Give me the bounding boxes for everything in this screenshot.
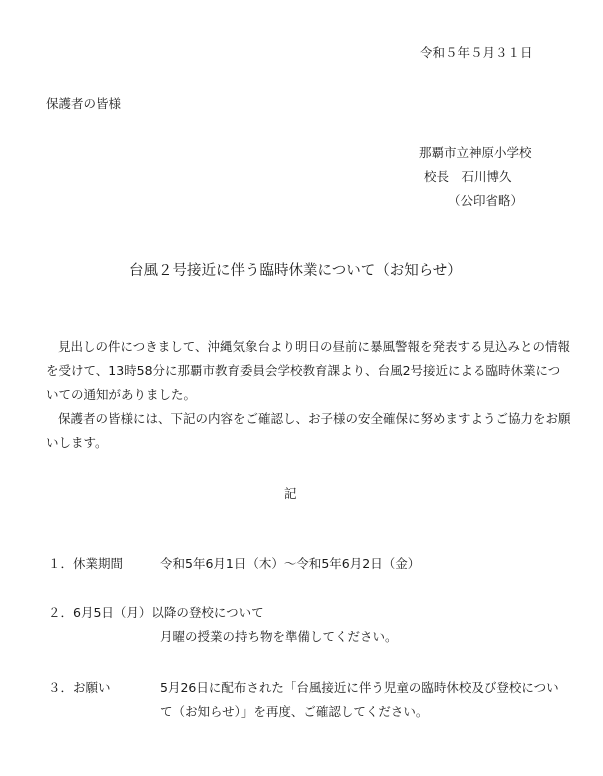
item-text: て（お知らせ）」を再度、ご確認してください。 [160,704,428,720]
item-text: 月曜の授業の持ち物を準備してください。 [160,629,398,645]
school-name: 那覇市立神原小学校 [419,145,532,161]
document-title: 台風２号接近に伴う臨時休業について（お知らせ） [129,263,462,279]
ki-heading: 記 [284,486,297,502]
body-line: いての通知がありました。 [46,387,196,403]
body-line: いします。 [46,435,108,451]
document-date: 令和５年５月３１日 [420,45,533,61]
item-label: １．休業期間 [48,556,123,572]
body-line: 保護者の皆様には、下記の内容をご確認し、お子様の安全確保に努めますようご協力をお… [58,411,571,427]
seal-note: （公印省略） [448,193,523,209]
item-label: ２．6月5日（月）以降の登校について [48,605,264,621]
item-text: 令和5年6月1日（木）～令和5年6月2日（金） [160,556,420,572]
item-label: ３．お願い [48,680,111,696]
item-text: 5月26日に配布された「台風接近に伴う児童の臨時休校及び登校につい [160,680,559,696]
body-line: を受けて、13時58分に那覇市教育委員会学校教育課より、台風2号接近による臨時休… [46,363,560,379]
principal-name: 校長 石川博久 [424,169,512,185]
body-line: 見出しの件につきまして、沖縄気象台より明日の昼前に暴風警報を発表する見込みとの情… [58,339,570,355]
addressee: 保護者の皆様 [46,96,121,112]
